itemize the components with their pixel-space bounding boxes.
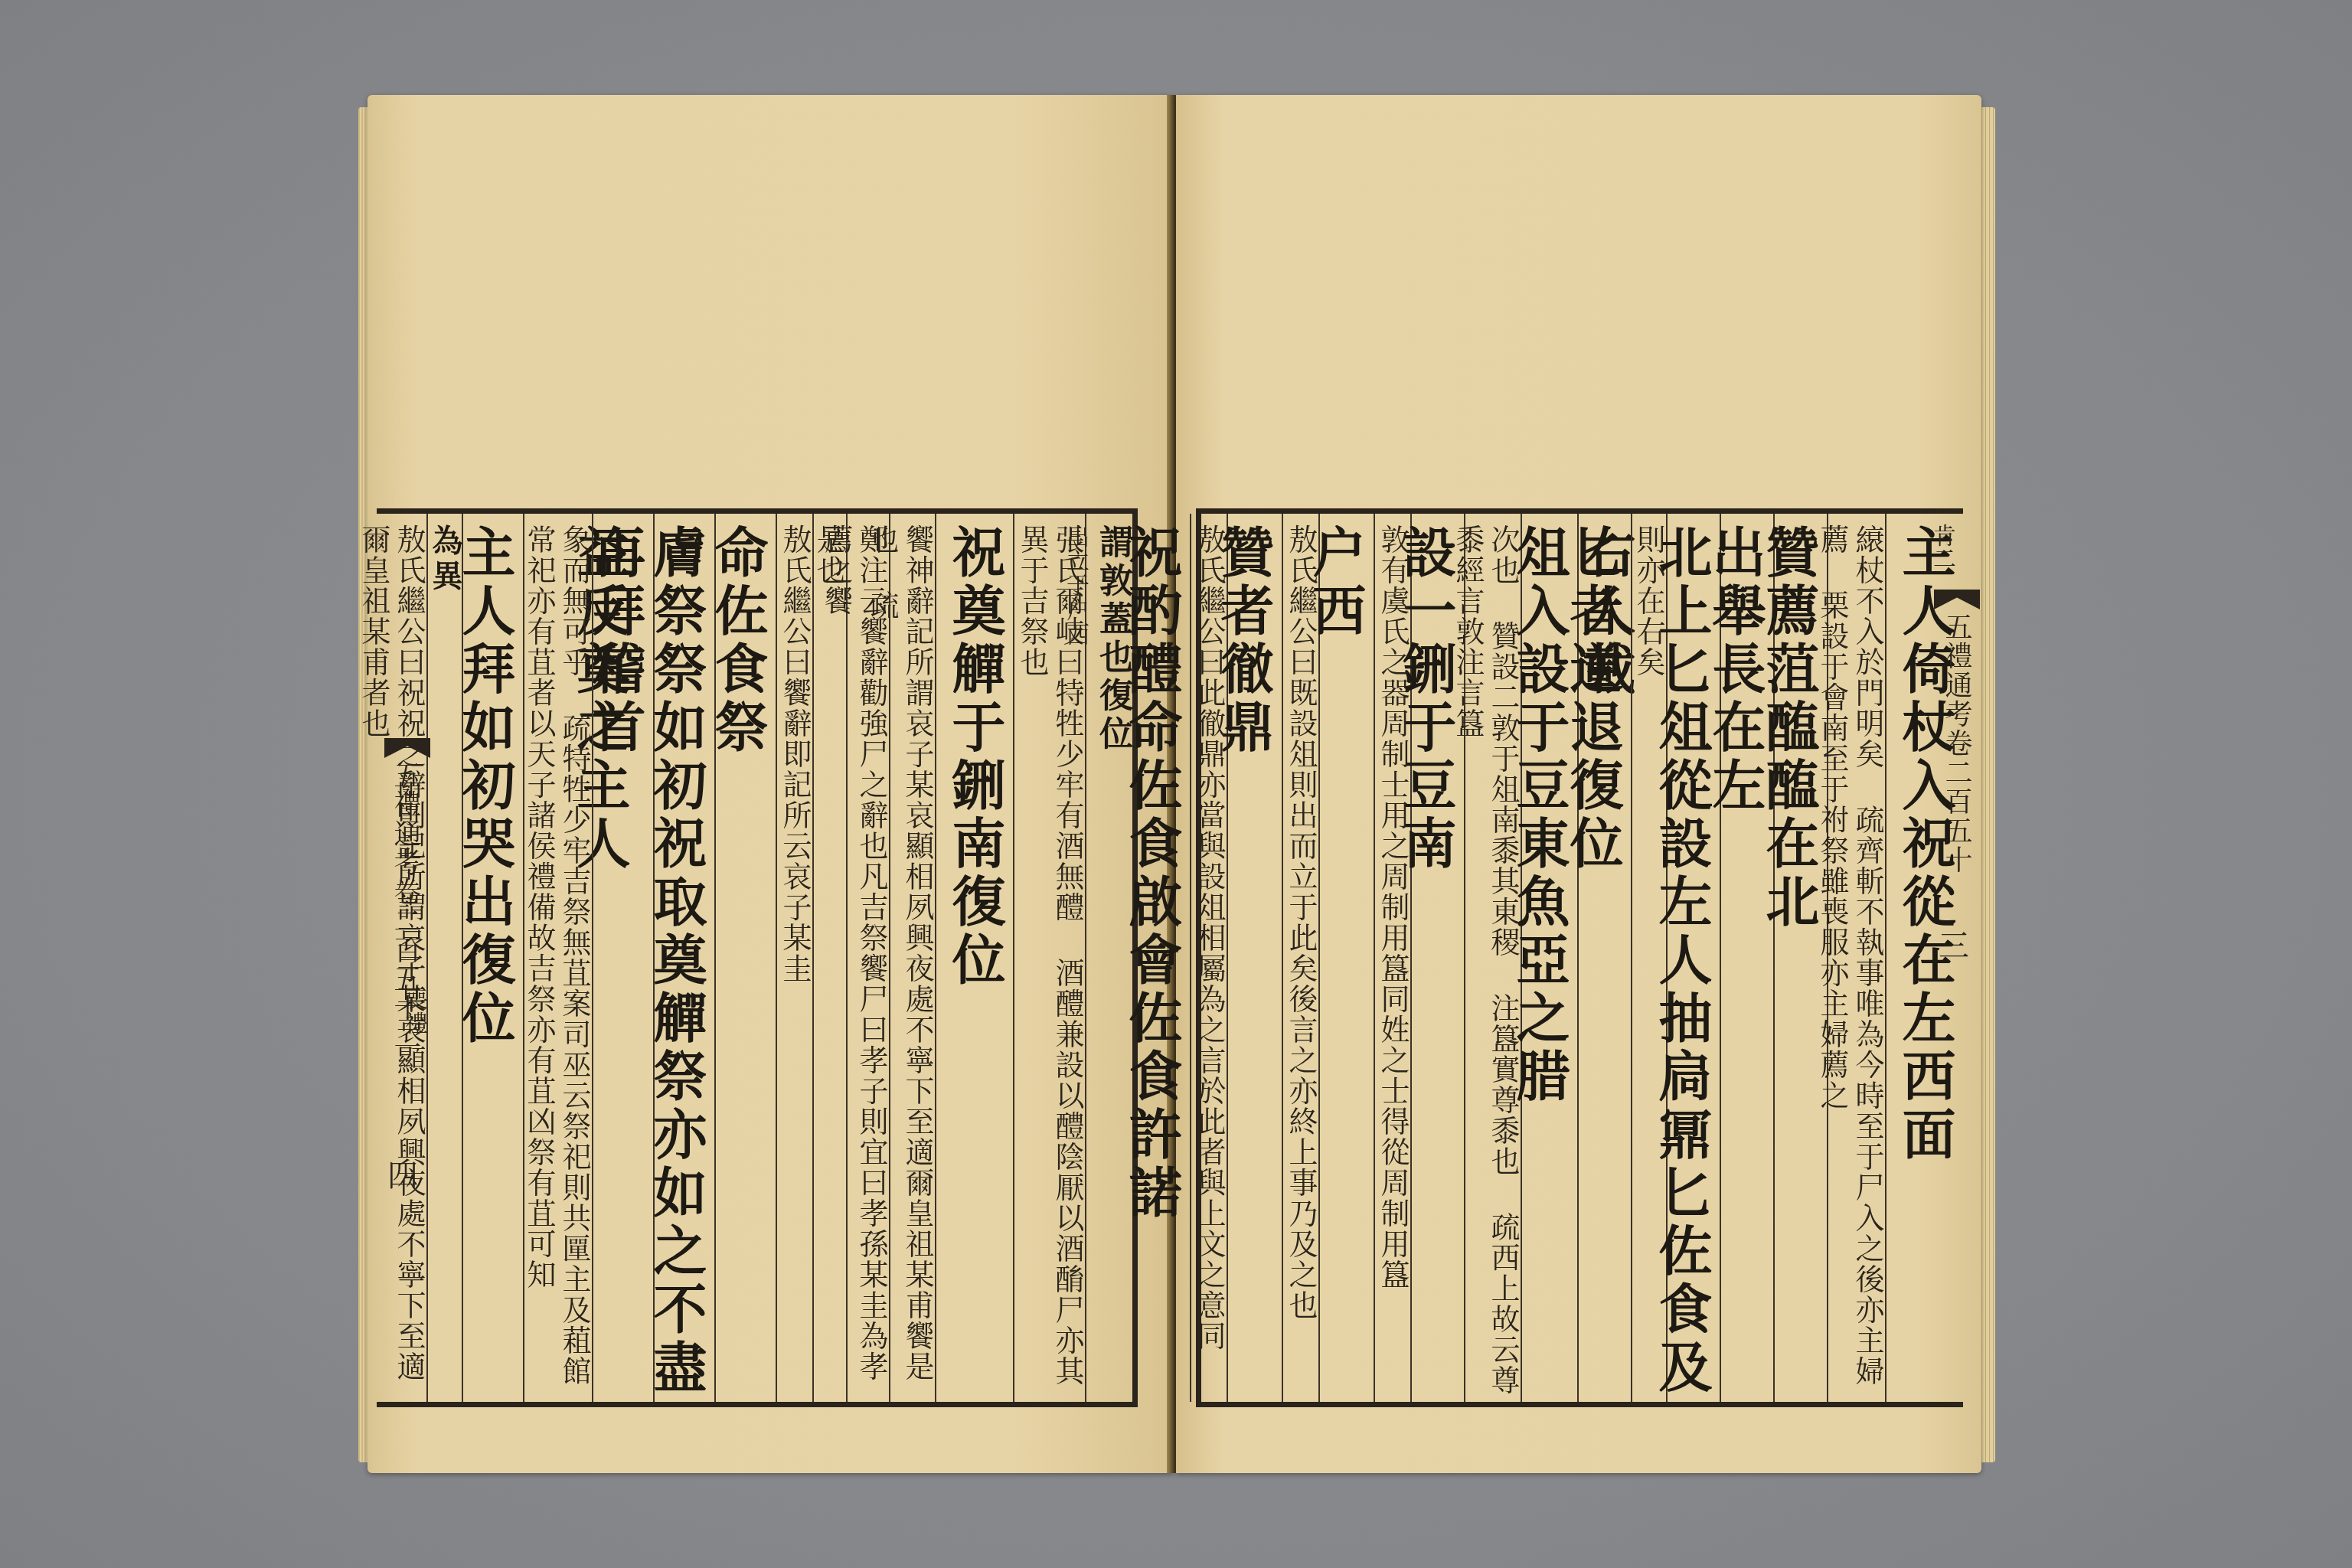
column: 贊者徹鼎 — [1227, 514, 1282, 1402]
column: 象而無可乎 疏特牲少牢吉祭無苴案司巫云祭祀則共匰主及蒩館常祀亦有苴者以天子諸侯禮… — [523, 514, 592, 1402]
commentary-text: 敖氏繼公曰此徹鼎亦當與設俎相屬為之言於此者與上文之意同 — [1191, 524, 1227, 1402]
column: 出舉長在左 — [1720, 514, 1773, 1402]
commentary-text: 則亦在右矣 — [1631, 524, 1666, 1402]
left-page-frame: 謂敦蓋也復位 出立于户西 張氏爾岐曰特牲少牢有酒無醴 酒醴兼設以醴陰厭以酒酳尸亦… — [377, 508, 1138, 1407]
column: 鄭注云饗辭勸強尸之辭也凡吉祭饗尸曰孝子則宜曰孝孫某圭為孝薦之饗 — [846, 514, 889, 1402]
commentary-text: 象而無可乎 疏特牲少牢吉祭無苴案司巫云祭祀則共匰主及蒩館常祀亦有苴者以天子諸侯禮… — [521, 524, 592, 1402]
left-page: 謂敦蓋也復位 出立于户西 張氏爾岐曰特牲少牢有酒無醴 酒醴兼設以醴陰厭以酒酳尸亦… — [367, 95, 1173, 1473]
page-number-left: 四 — [387, 1151, 418, 1195]
right-page-columns: 主人倚杖入祝從在左西面 縗杖不入於門明矣 疏齊斬不執事唯為今時至于尸入之後亦主婦… — [1201, 514, 1963, 1402]
commentary-text: 敖氏繼公曰既設俎則出而立于此矣後言之亦終上事乃及之也 — [1283, 524, 1318, 1402]
column: 縗杖不入於門明矣 疏齊斬不執事唯為今時至于尸入之後亦主婦薦 栗設于會南至于祔祭雖… — [1827, 514, 1885, 1402]
column: 為異 — [426, 514, 462, 1402]
right-page: 主人倚杖入祝從在左西面 縗杖不入於門明矣 疏齊斬不執事唯為今時至于尸入之後亦主婦… — [1176, 95, 1981, 1473]
column: 敦有虞氏之器周制士用之周制用簋同姓之士得從周制用簋 — [1374, 514, 1410, 1402]
column: 命佐食祭 — [714, 514, 776, 1402]
column: 饗神辭記所謂哀子某哀顯相夙興夜處不寧下至適爾皇祖某甫饗是也 疏 — [889, 514, 935, 1402]
column: 張氏爾岐曰特牲少牢有酒無醴 酒醴兼設以醴陰厭以酒酳尸亦其異于吉祭也 — [1013, 514, 1085, 1402]
left-page-columns: 謂敦蓋也復位 出立于户西 張氏爾岐曰特牲少牢有酒無醴 酒醴兼設以醴陰厭以酒酳尸亦… — [377, 514, 1132, 1402]
column: 北上匕俎從設左人抽扃鼏匕佐食及右人載 — [1666, 514, 1720, 1402]
column: 敖氏繼公曰此徹鼎亦當與設俎相屬為之言於此者與上文之意同 — [1190, 514, 1227, 1402]
column: 敖氏繼公曰饗辭即記所云哀子某圭 — [776, 514, 812, 1402]
column: 再拜稽首 — [592, 514, 653, 1402]
commentary-text: 是也 — [811, 524, 846, 1402]
main-text: 祝酌醴命佐食啟會佐食許諾 — [1113, 524, 1190, 1402]
commentary-text: 敦有虞氏之器周制士用之周制用簋同姓之士得從周制用簋 — [1375, 524, 1410, 1402]
column: 祝奠觶于鉶南復位 — [935, 514, 1013, 1402]
column: 則亦在右矣 — [1631, 514, 1666, 1402]
main-text: 為異 — [428, 524, 462, 1402]
column: 匕者逆退復位 — [1577, 514, 1631, 1402]
spine-subtitle-left: 喪禮 — [397, 987, 430, 1036]
column: 是也 — [812, 514, 846, 1402]
column: 户西 — [1318, 514, 1374, 1402]
column: 祝酌醴命佐食啟會佐食許諾 — [1132, 514, 1190, 1402]
right-page-frame: 主人倚杖入祝從在左西面 縗杖不入於門明矣 疏齊斬不執事唯為今時至于尸入之後亦主婦… — [1196, 508, 1963, 1407]
page-number-right: 三 — [1939, 922, 1969, 965]
column: 次也 贊設二敦于俎南黍其東稷 注簋實尊黍也 疏西上故云尊黍經言敦注言簋 — [1464, 514, 1521, 1402]
main-text: 祝奠觶于鉶南復位 — [936, 524, 1013, 1402]
commentary-text: 敖氏繼公曰饗辭即記所云哀子某圭 — [777, 524, 812, 1402]
column: 俎入設于豆東魚亞之腊 — [1521, 514, 1577, 1402]
column: 敖氏繼公曰既設俎則出而立于此矣後言之亦終上事乃及之也 — [1282, 514, 1318, 1402]
spine-title-right: 五禮通考卷二百五十 — [1937, 612, 1976, 874]
column: 主人拜如初哭出復位 — [462, 514, 523, 1402]
column: 贊薦菹醢醢在北 — [1773, 514, 1827, 1402]
column: 設一鉶于豆南 — [1410, 514, 1464, 1402]
commentary-text: 張氏爾岐曰特牲少牢有酒無醴 酒醴兼設以醴陰厭以酒酳尸亦其異于吉祭也 — [1014, 524, 1085, 1402]
running-head-right: 肯二 — [1925, 524, 1958, 570]
fore-edge-right — [1980, 107, 1995, 1462]
column: 膚祭祭如初祝取奠觶祭亦如之不盡益反奠之主人 — [653, 514, 714, 1402]
